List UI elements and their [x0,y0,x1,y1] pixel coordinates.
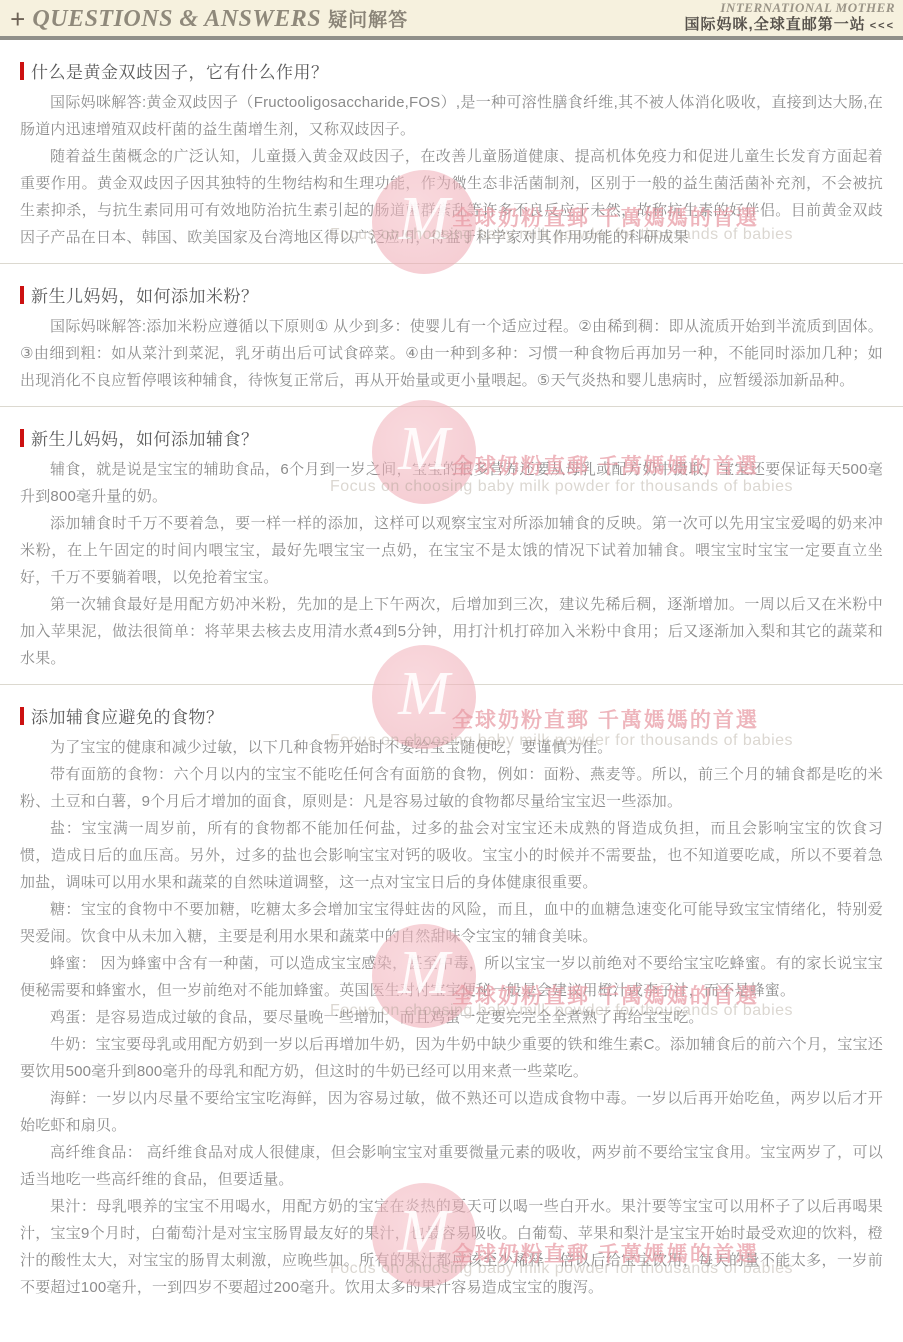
qa-page: + QUESTIONS & ANSWERS 疑问解答 INTERNATIONAL… [0,0,903,1342]
header-title-group: + QUESTIONS & ANSWERS 疑问解答 [10,4,408,33]
paragraph: 添加辅食时千万不要着急，要一样一样的添加，这样可以观察宝宝对所添加辅食的反映。第… [20,510,883,591]
page-header: + QUESTIONS & ANSWERS 疑问解答 INTERNATIONAL… [0,0,903,40]
paragraph: 糖：宝宝的食物中不要加糖，吃糖太多会增加宝宝得蛀齿的风险，而且，血中的血糖急速变… [20,896,883,950]
plus-icon: + [10,6,25,33]
chevrons-left-icon: <<< [870,20,895,32]
section-heading-text: 新生儿妈妈，如何添加米粉？ [31,282,259,307]
brand-name-en: INTERNATIONAL MOTHER [685,1,895,16]
paragraph: 随着益生菌概念的广泛认知，儿童摄入黄金双歧因子，在改善儿童肠道健康、提高机体免疫… [20,143,883,251]
paragraph: 第一次辅食最好是用配方奶冲米粉，先加的是上下午两次，后增加到三次，建议先稀后稠，… [20,591,883,672]
heading-accent-bar [20,429,24,447]
section-heading: 什么是黄金双歧因子，它有什么作用？ [20,58,883,83]
paragraph: 牛奶：宝宝要母乳或用配方奶到一岁以后再增加牛奶，因为牛奶中缺少重要的铁和维生素C… [20,1031,883,1085]
section-heading-text: 新生儿妈妈，如何添加辅食？ [31,425,259,450]
section-heading-text: 什么是黄金双歧因子，它有什么作用？ [31,58,329,83]
paragraph: 盐：宝宝满一周岁前，所有的食物都不能加任何盐，过多的盐会对宝宝还未成熟的肾造成负… [20,815,883,896]
section-heading: 新生儿妈妈，如何添加辅食？ [20,425,883,450]
page-title-en: QUESTIONS & ANSWERS [32,6,321,33]
paragraph: 国际妈咪解答:添加米粉应遵循以下原则① 从少到多：使婴儿有一个适应过程。②由稀到… [20,313,883,394]
paragraph: 带有面筋的食物：六个月以内的宝宝不能吃任何含有面筋的食物，例如：面粉、燕麦等。所… [20,761,883,815]
page-title-zh: 疑问解答 [328,5,408,32]
paragraph: 辅食，就是说是宝宝的辅助食品，6个月到一岁之间，宝宝的很多营养还要从母乳或配方奶… [20,456,883,510]
header-brand-group: INTERNATIONAL MOTHER 国际妈咪,全球直邮第一站<<< [685,1,895,34]
section-add-rice-cereal: 新生儿妈妈，如何添加米粉？ 国际妈咪解答:添加米粉应遵循以下原则① 从少到多：使… [0,264,903,407]
heading-accent-bar [20,286,24,304]
section-add-solid-food: 新生儿妈妈，如何添加辅食？ 辅食，就是说是宝宝的辅助食品，6个月到一岁之间，宝宝… [0,407,903,685]
paragraph: 鸡蛋：是容易造成过敏的食品，要尽量晚一些增加，而且鸡蛋一定要完完全全煮熟了再给宝… [20,1004,883,1031]
paragraph: 为了宝宝的健康和减少过敏，以下几种食物开始时不要给宝宝随便吃，要谨慎为佳。 [20,734,883,761]
heading-accent-bar [20,707,24,725]
section-foods-to-avoid: 添加辅食应避免的食物？ 为了宝宝的健康和减少过敏，以下几种食物开始时不要给宝宝随… [0,685,903,1313]
paragraph: 海鲜：一岁以内尽量不要给宝宝吃海鲜，因为容易过敏，做不熟还可以造成食物中毒。一岁… [20,1085,883,1139]
section-heading: 新生儿妈妈，如何添加米粉？ [20,282,883,307]
paragraph: 蜂蜜： 因为蜂蜜中含有一种菌，可以造成宝宝感染，甚至中毒，所以宝宝一岁以前绝对不… [20,950,883,1004]
heading-accent-bar [20,62,24,80]
brand-tagline-link[interactable]: 国际妈咪,全球直邮第一站 [685,16,866,33]
section-heading-text: 添加辅食应避免的食物？ [31,703,224,728]
paragraph: 果汁：母乳喂养的宝宝不用喝水，用配方奶的宝宝在炎热的夏天可以喝一些白开水。果汁要… [20,1193,883,1301]
qa-content: 什么是黄金双歧因子，它有什么作用？ 国际妈咪解答:黄金双歧因子（Fructool… [0,40,903,1313]
paragraph: 国际妈咪解答:黄金双歧因子（Fructooligosaccharide,FOS）… [20,89,883,143]
section-bifidus-factor: 什么是黄金双歧因子，它有什么作用？ 国际妈咪解答:黄金双歧因子（Fructool… [0,40,903,264]
paragraph: 高纤维食品： 高纤维食品对成人很健康，但会影响宝宝对重要微量元素的吸收，两岁前不… [20,1139,883,1193]
section-heading: 添加辅食应避免的食物？ [20,703,883,728]
